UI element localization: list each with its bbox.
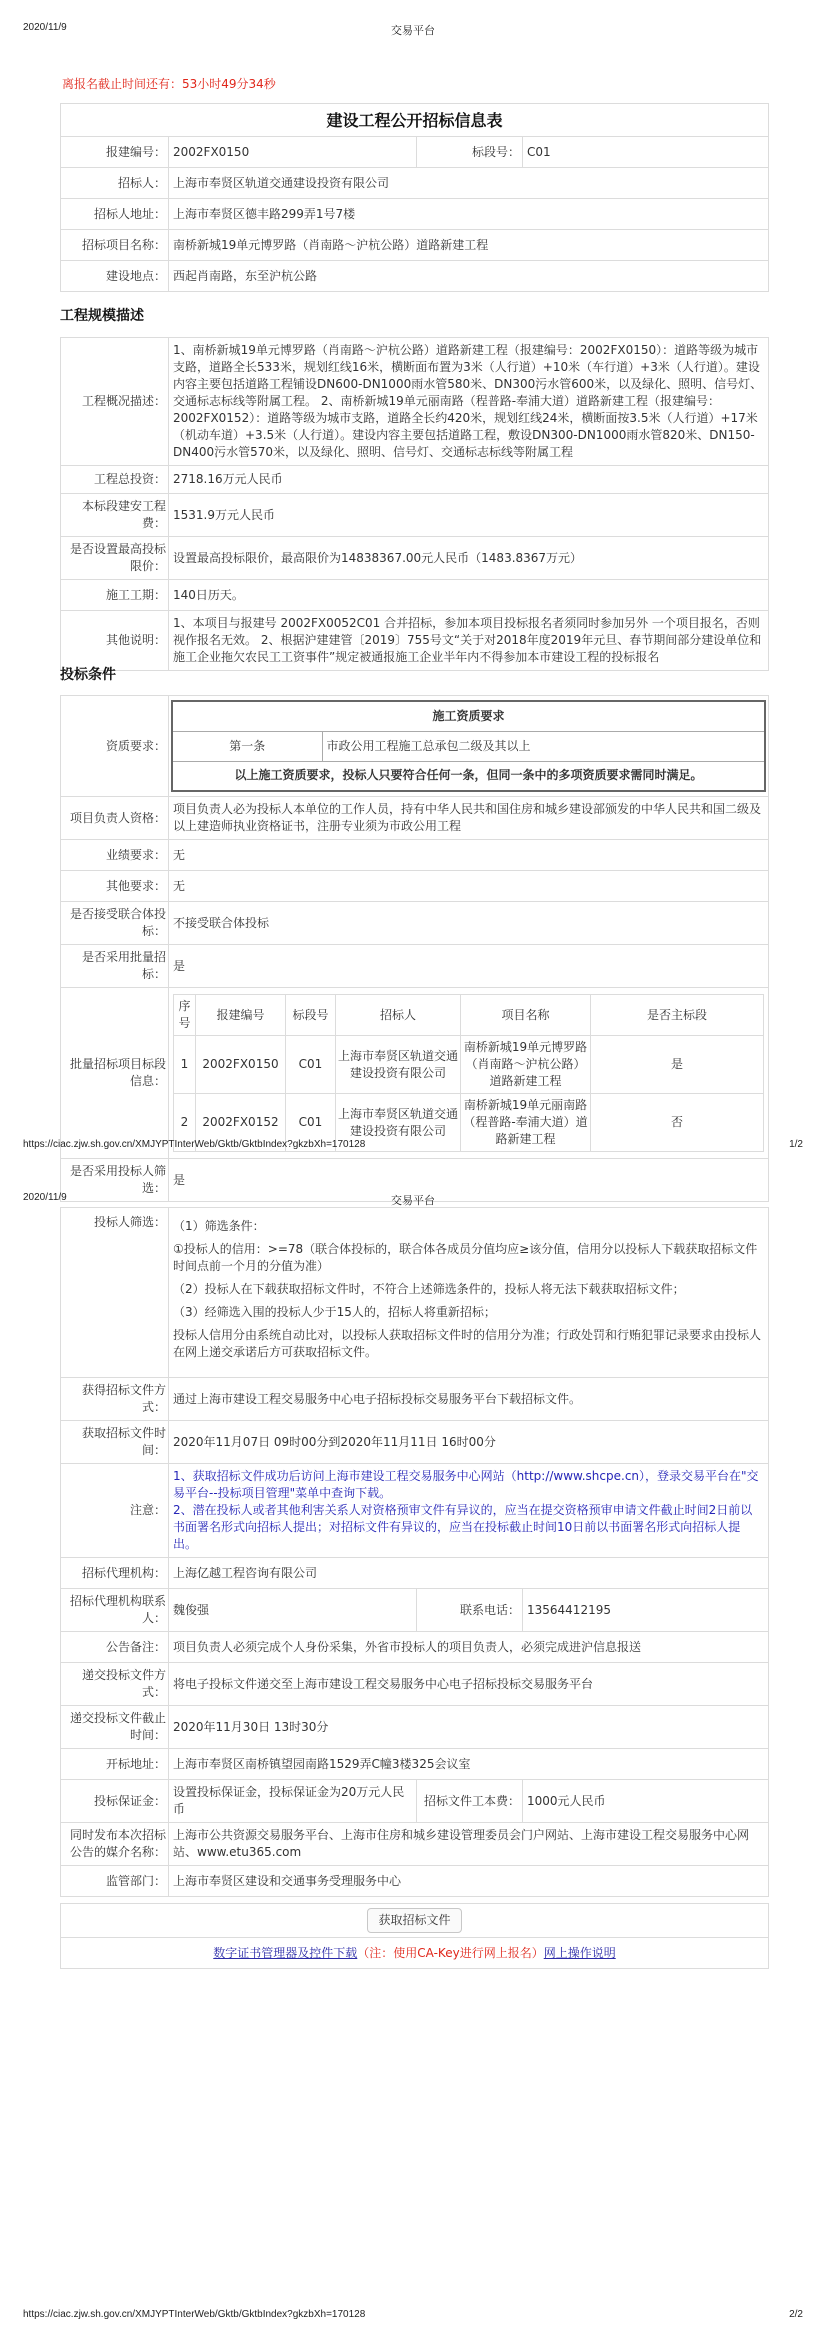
page-number: 1/2 [789,1139,803,1150]
phone-label: 联系电话： [417,1589,523,1632]
cell-index: 1 [174,1036,196,1094]
agent-contact-value: 魏俊强 [169,1589,417,1632]
consortium-label: 是否接受联合体投标： [61,902,169,945]
cell-project: 南桥新城19单元丽南路（程普路-奉浦大道）道路新建工程 [461,1094,591,1152]
qualification-note: 以上施工资质要求，投标人只要符合任何一条，但同一条中的多项资质要求需同时满足。 [172,761,765,791]
obtain-time-value: 2020年11月07日 09时00分到2020年11月11日 16时00分 [169,1421,769,1464]
tenderer-address-label: 招标人地址： [61,199,169,230]
pm-qualification-value: 项目负责人必为投标人本单位的工作人员，持有中华人民共和国住房和城乡建设部颁发的中… [169,797,769,840]
cell-is-main: 是 [591,1036,764,1094]
obtain-method-label: 获得招标文件方式： [61,1378,169,1421]
period-value: 140日历天。 [169,580,769,611]
scale-section-title: 工程规模描述 [60,305,144,325]
project-name-value: 南桥新城19单元博罗路（肖南路～沪杭公路）道路新建工程 [169,230,769,261]
overview-value: 1、南桥新城19单元博罗路（肖南路～沪杭公路）道路新建工程（报建编号：2002F… [169,338,769,466]
cell-report-no: 2002FX0150 [196,1036,286,1094]
notice-1: 1、获取招标文件成功后访问上海市建设工程交易服务中心网站（http://www.… [173,1468,764,1502]
qualification-desc: 市政公用工程施工总承包二级及其以上 [322,731,765,761]
media-label: 同时发布本次招标公告的媒介名称： [61,1823,169,1866]
overview-label: 工程概况描述： [61,338,169,466]
deposit-value: 设置投标保证金，投标保证金为20万元人民币 [169,1780,417,1823]
report-no-value: 2002FX0150 [169,137,417,168]
conditions-section-title: 投标条件 [60,664,116,684]
opening-address-label: 开标地址： [61,1749,169,1780]
total-investment-label: 工程总投资： [61,466,169,494]
batch-table-header: 序号 报建编号 标段号 招标人 项目名称 是否主标段 [174,995,764,1036]
page-url: https://ciac.zjw.sh.gov.cn/XMJYPTInterWe… [23,2309,365,2320]
other-req-value: 无 [169,871,769,902]
total-investment-value: 2718.16万元人民币 [169,466,769,494]
batch-col-report-no: 报建编号 [196,995,286,1036]
batch-col-section-no: 标段号 [286,995,336,1036]
period-label: 施工工期： [61,580,169,611]
location-value: 西起肖南路，东至沪杭公路 [169,261,769,292]
submit-deadline-value: 2020年11月30日 13时30分 [169,1706,769,1749]
section-cost-value: 1531.9万元人民币 [169,494,769,537]
batch-value: 是 [169,945,769,988]
screening-line: ①投标人的信用：>=78（联合体投标的，联合体各成员分值均应≥该分值，信用分以投… [173,1241,764,1275]
consortium-value: 不接受联合体投标 [169,902,769,945]
screening-line: （2）投标人在下载获取招标文件时，不符合上述筛选条件的，投标人将无法下载获取招标… [173,1281,764,1298]
page-url: https://ciac.zjw.sh.gov.cn/XMJYPTInterWe… [23,1139,365,1150]
print-title: 交易平台 [0,1192,826,1208]
screening-line: 投标人信用分由系统自动比对，以投标人获取招标文件时的信用分为准；行政处罚和行贿犯… [173,1327,764,1361]
registration-countdown: 离报名截止时间还有：53小时49分34秒 [62,75,276,92]
qualification-item: 第一条 [172,731,322,761]
batch-table: 序号 报建编号 标段号 招标人 项目名称 是否主标段 1 2002FX0150 … [173,994,764,1152]
qualification-header: 施工资质要求 [172,701,765,731]
info-table: 建设工程公开招标信息表 报建编号： 2002FX0150 标段号： C01 招标… [60,103,769,292]
doc-fee-value: 1000元人民币 [523,1780,769,1823]
ca-key-note: （注：使用CA-Key进行网上报名） [357,1946,543,1960]
operation-guide-link[interactable]: 网上操作说明 [544,1946,616,1960]
batch-col-is-main: 是否主标段 [591,995,764,1036]
phone-value: 13564412195 [523,1589,769,1632]
submit-method-label: 递交投标文件方式： [61,1663,169,1706]
tenderer-label: 招标人： [61,168,169,199]
agent-value: 上海亿越工程咨询有限公司 [169,1558,769,1589]
performance-label: 业绩要求： [61,840,169,871]
screening-line: （3）经筛选入围的投标人少于15人的，招标人将重新招标； [173,1304,764,1321]
get-tender-docs-button[interactable]: 获取招标文件 [367,1908,461,1933]
batch-col-tenderer: 招标人 [336,995,461,1036]
section-no-value: C01 [523,137,769,168]
batch-col-project: 项目名称 [461,995,591,1036]
max-price-value: 设置最高投标限价，最高限价为14838367.00元人民币（1483.8367万… [169,537,769,580]
cell-is-main: 否 [591,1094,764,1152]
pm-qualification-label: 项目负责人资格： [61,797,169,840]
batch-col-index: 序号 [174,995,196,1036]
notice-label: 注意： [61,1464,169,1558]
agent-label: 招标代理机构： [61,1558,169,1589]
supervisor-label: 监管部门： [61,1866,169,1897]
cell-section-no: C01 [286,1036,336,1094]
screening-line: （1）筛选条件： [173,1218,764,1235]
remark-value: 项目负责人必须完成个人身份采集，外省市投标人的项目负责人，必须完成进沪信息报送 [169,1632,769,1663]
conditions-table-continued: 投标人筛选： （1）筛选条件： ①投标人的信用：>=78（联合体投标的，联合体各… [60,1207,769,1969]
media-value: 上海市公共资源交易服务平台、上海市住房和城乡建设管理委员会门户网站、上海市建设工… [169,1823,769,1866]
project-name-label: 招标项目名称： [61,230,169,261]
qualification-label: 资质要求： [61,696,169,797]
scale-table: 工程概况描述： 1、南桥新城19单元博罗路（肖南路～沪杭公路）道路新建工程（报建… [60,337,769,671]
supervisor-value: 上海市奉贤区建设和交通事务受理服务中心 [169,1866,769,1897]
section-cost-label: 本标段建安工程费： [61,494,169,537]
other-req-label: 其他要求： [61,871,169,902]
cell-project: 南桥新城19单元博罗路（肖南路～沪杭公路）道路新建工程 [461,1036,591,1094]
tenderer-value: 上海市奉贤区轨道交通建设投资有限公司 [169,168,769,199]
submit-method-value: 将电子投标文件递交至上海市建设工程交易服务中心电子招标投标交易服务平台 [169,1663,769,1706]
doc-fee-label: 招标文件工本费： [417,1780,523,1823]
batch-label: 是否采用批量招标： [61,945,169,988]
page-number: 2/2 [789,2309,803,2320]
deposit-label: 投标保证金： [61,1780,169,1823]
table-row: 1 2002FX0150 C01 上海市奉贤区轨道交通建设投资有限公司 南桥新城… [174,1036,764,1094]
other-notes-label: 其他说明： [61,611,169,671]
tenderer-address-value: 上海市奉贤区德丰路299弄1号7楼 [169,199,769,230]
max-price-label: 是否设置最高投标限价： [61,537,169,580]
submit-deadline-label: 递交投标文件截止时间： [61,1706,169,1749]
other-notes-value: 1、本项目与报建号 2002FX0052C01 合并招标，参加本项目投标报名者须… [169,611,769,671]
qualification-table: 施工资质要求 第一条 市政公用工程施工总承包二级及其以上 以上施工资质要求，投标… [171,700,766,792]
actions-table: 获取招标文件 数字证书管理器及控件下载（注：使用CA-Key进行网上报名）网上操… [60,1903,769,1969]
location-label: 建设地点： [61,261,169,292]
report-no-label: 报建编号： [61,137,169,168]
cell-tenderer: 上海市奉贤区轨道交通建设投资有限公司 [336,1036,461,1094]
performance-value: 无 [169,840,769,871]
obtain-time-label: 获取招标文件时间： [61,1421,169,1464]
agent-contact-label: 招标代理机构联系人： [61,1589,169,1632]
info-table-title: 建设工程公开招标信息表 [61,104,769,137]
cert-download-link[interactable]: 数字证书管理器及控件下载 [213,1946,357,1960]
obtain-method-value: 通过上海市建设工程交易服务中心电子招标投标交易服务平台下载招标文件。 [169,1378,769,1421]
notice-2: 2、潜在投标人或者其他利害关系人对资格预审文件有异议的，应当在提交资格预审申请文… [173,1502,764,1553]
screening-label: 投标人筛选： [61,1208,169,1378]
conditions-table: 资质要求： 施工资质要求 第一条 市政公用工程施工总承包二级及其以上 以上施工资… [60,695,769,1202]
batch-info-label: 批量招标项目标段信息： [61,988,169,1159]
remark-label: 公告备注： [61,1632,169,1663]
opening-address-value: 上海市奉贤区南桥镇望园南路1529弄C幢3楼325会议室 [169,1749,769,1780]
section-no-label: 标段号： [417,137,523,168]
print-title: 交易平台 [0,22,826,38]
